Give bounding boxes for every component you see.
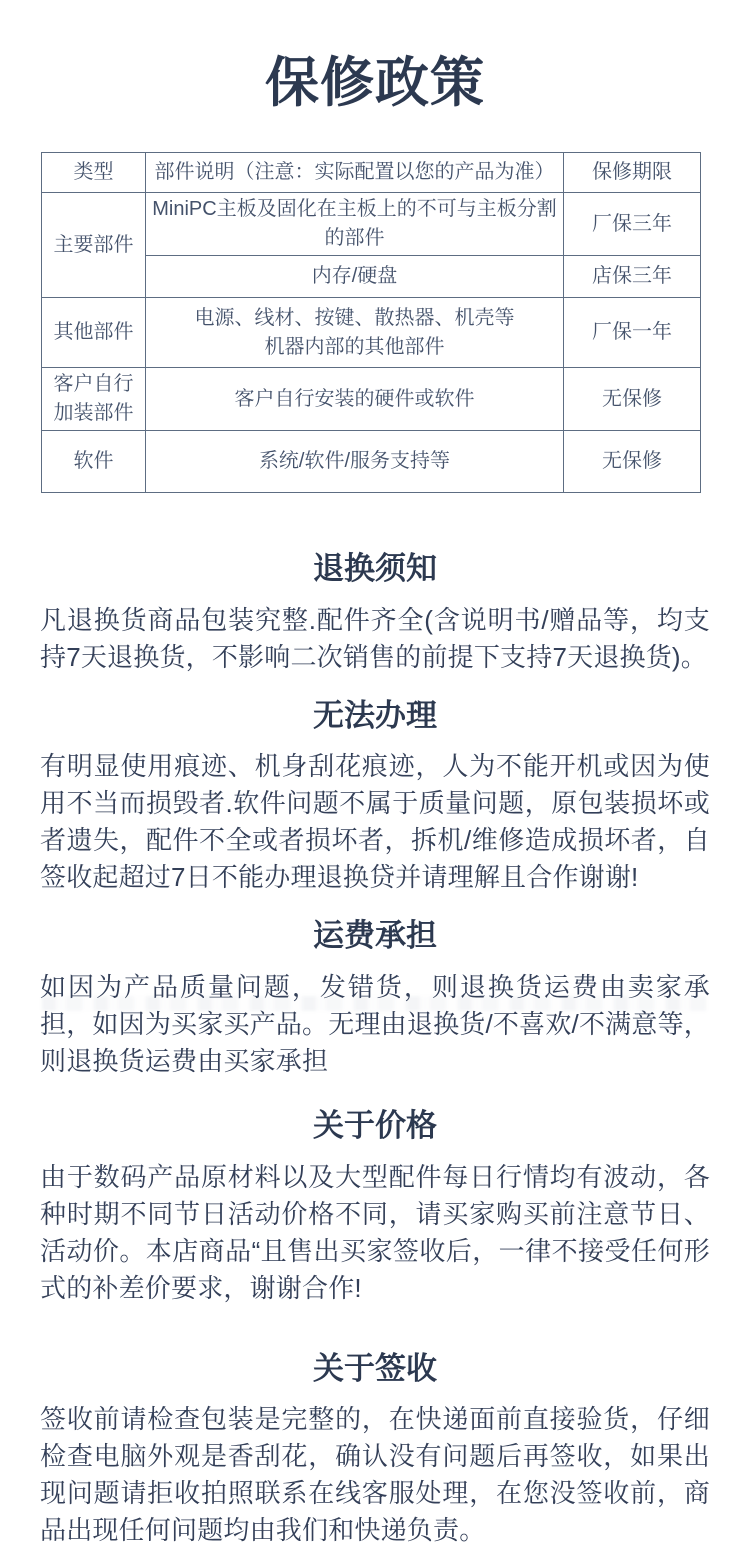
section-body-return-notice: 凡退换货商品包装究整.配件齐全(含说明书/赠品等，均支持7天退换货，不影响二次销… — [40, 602, 710, 676]
table-row-main-parts-1: 主要部件 MiniPC主板及固化在主板上的不可与主板分割的部件 厂保三年 — [42, 193, 701, 256]
section-body-about-receipt: 签收前请检查包装是完整的，在快递面前直接验货，仔细检查电脑外观是香刮花，确认没有… — [40, 1401, 710, 1543]
cell-type-customer-added: 客户自行 加装部件 — [42, 368, 146, 431]
cell-warranty-none-1: 无保修 — [564, 368, 701, 431]
header-cell-description: 部件说明（注意：实际配置以您的产品为准） — [146, 153, 564, 193]
section-about-price: 关于价格 由于数码产品原材料以及大型配件每日行情均有波动，各种时期不同节日活动价… — [0, 1108, 750, 1307]
customer-added-type-line1: 客户自行 — [48, 370, 139, 399]
cell-desc-mainboard: MiniPC主板及固化在主板上的不可与主板分割的部件 — [146, 193, 564, 256]
page-title: 保修政策 — [0, 0, 750, 116]
section-shipping-cost: 运费承担 如因为产品质量问题，发错货，则退换货运费由卖家承担，如因为买家买产品。… — [0, 918, 750, 1080]
cell-desc-software: 系统/软件/服务支持等 — [146, 431, 564, 493]
section-body-cannot-process: 有明显使用痕迹、机身刮花痕迹，人为不能开机或因为使用不当而损毁者.软件问题不属于… — [40, 748, 710, 896]
header-cell-warranty-term: 保修期限 — [564, 153, 701, 193]
warranty-policy-page: 保修政策 类型 部件说明（注意：实际配置以您的产品为准） 保修期限 主要部件 M… — [0, 0, 750, 1543]
table-row-other-parts: 其他部件 电源、线材、按键、散热器、机壳等 机器内部的其他部件 厂保一年 — [42, 298, 701, 368]
table-header-row: 类型 部件说明（注意：实际配置以您的产品为准） 保修期限 — [42, 153, 701, 193]
customer-added-type-line2: 加装部件 — [48, 399, 139, 428]
cell-type-software: 软件 — [42, 431, 146, 493]
warranty-table: 类型 部件说明（注意：实际配置以您的产品为准） 保修期限 主要部件 MiniPC… — [41, 152, 701, 493]
section-heading-about-price: 关于价格 — [40, 1108, 710, 1144]
other-parts-desc-line1: 电源、线材、按键、散热器、机壳等 — [152, 304, 557, 333]
section-body-shipping-cost: 如因为产品质量问题，发错货，则退换货运费由卖家承担，如因为买家买产品。无理由退换… — [40, 969, 710, 1080]
section-cannot-process: 无法办理 有明显使用痕迹、机身刮花痕迹，人为不能开机或因为使用不当而损毁者.软件… — [0, 698, 750, 897]
section-heading-about-receipt: 关于签收 — [40, 1351, 710, 1387]
cell-desc-memory-disk: 内存/硬盘 — [146, 256, 564, 298]
section-return-notice: 退换须知 凡退换货商品包装究整.配件齐全(含说明书/赠品等，均支持7天退换货，不… — [0, 551, 750, 676]
cell-desc-other-parts: 电源、线材、按键、散热器、机壳等 机器内部的其他部件 — [146, 298, 564, 368]
cell-warranty-factory-1y: 厂保一年 — [564, 298, 701, 368]
header-cell-type: 类型 — [42, 153, 146, 193]
section-body-about-price: 由于数码产品原材料以及大型配件每日行情均有波动，各种时期不同节日活动价格不同，请… — [40, 1159, 710, 1307]
table-row-customer-added: 客户自行 加装部件 客户自行安装的硬件或软件 无保修 — [42, 368, 701, 431]
cell-warranty-factory-3y: 厂保三年 — [564, 193, 701, 256]
table-row-software: 软件 系统/软件/服务支持等 无保修 — [42, 431, 701, 493]
section-about-receipt: 关于签收 签收前请检查包装是完整的，在快递面前直接验货，仔细检查电脑外观是香刮花… — [0, 1351, 750, 1543]
cell-warranty-none-2: 无保修 — [564, 431, 701, 493]
other-parts-desc-line2: 机器内部的其他部件 — [152, 333, 557, 362]
section-heading-shipping-cost: 运费承担 — [40, 918, 710, 954]
cell-type-main-parts: 主要部件 — [42, 193, 146, 298]
section-heading-return-notice: 退换须知 — [40, 551, 710, 587]
cell-desc-customer-added: 客户自行安装的硬件或软件 — [146, 368, 564, 431]
cell-warranty-store-3y: 店保三年 — [564, 256, 701, 298]
cell-type-other-parts: 其他部件 — [42, 298, 146, 368]
section-heading-cannot-process: 无法办理 — [40, 698, 710, 734]
